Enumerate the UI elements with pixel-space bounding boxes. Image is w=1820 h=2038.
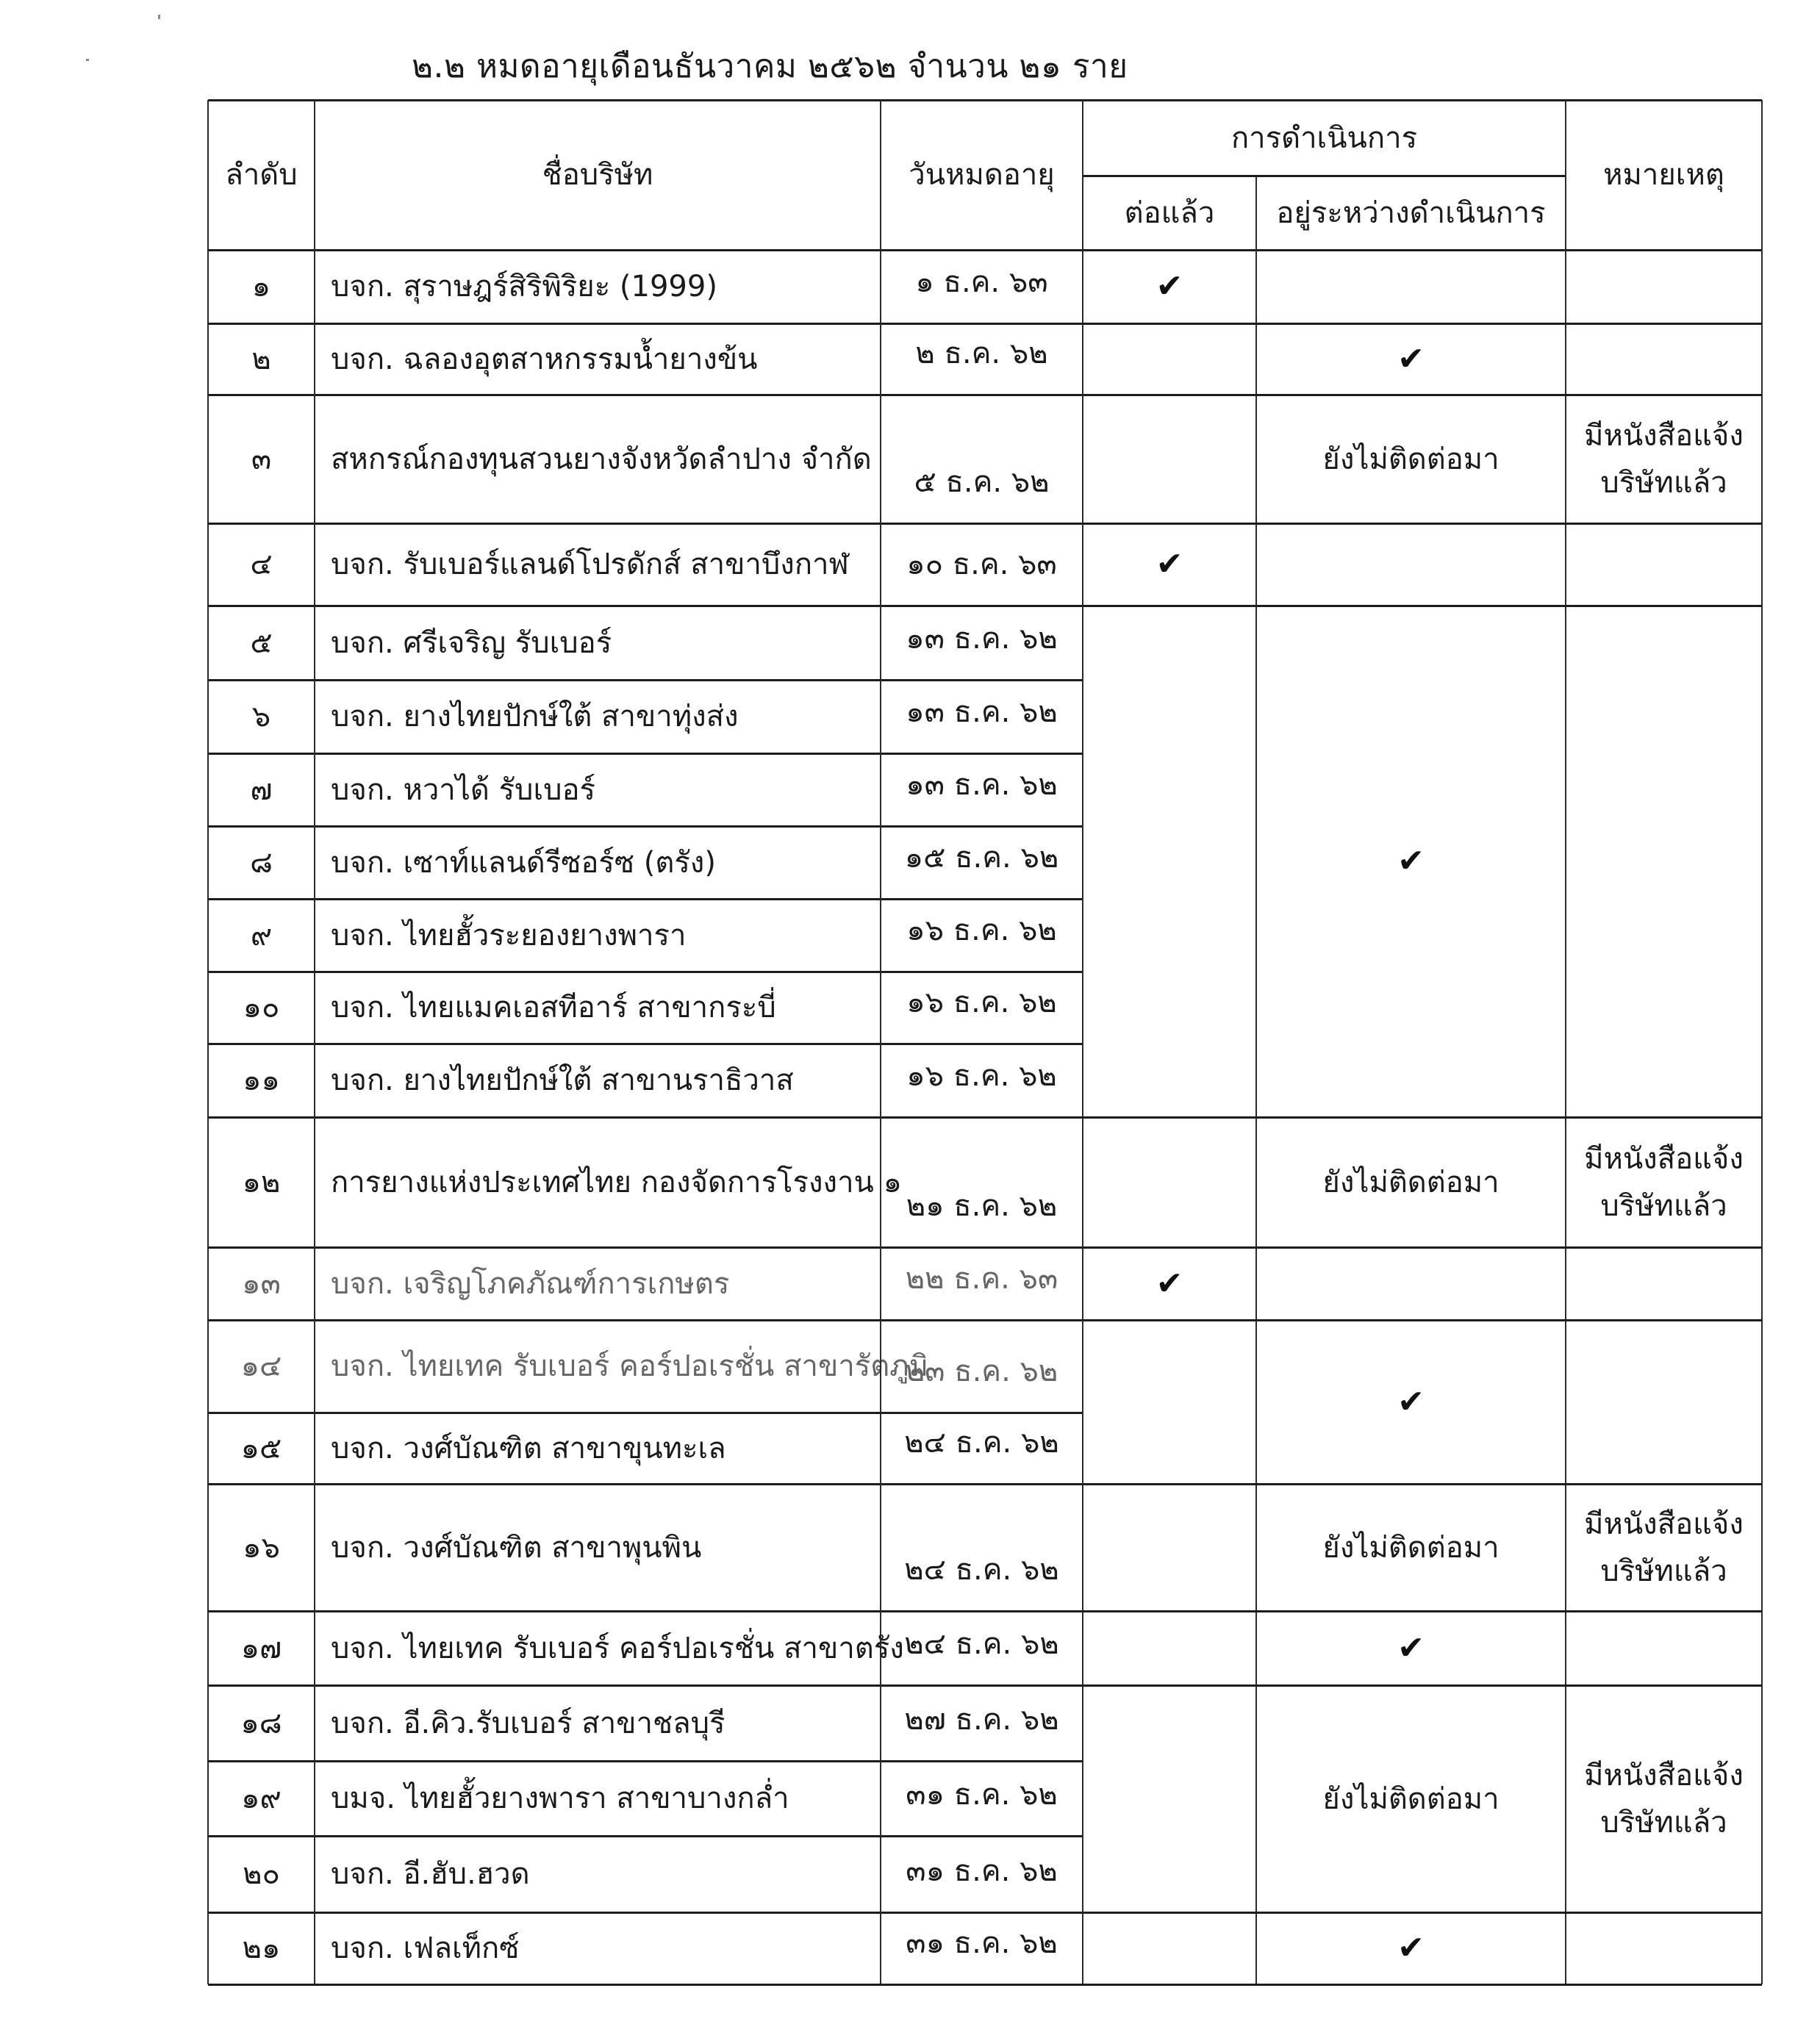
grid-line <box>208 249 1762 251</box>
row-number: ๑๔ <box>208 1320 315 1413</box>
company-name: บจก. เฟลเท็กซ์ <box>315 1912 881 1984</box>
grid-line <box>1083 1116 1762 1119</box>
row-number: ๑๕ <box>208 1413 315 1484</box>
expiry-date: ๓๑ ธ.ค. ๖๒ <box>881 1836 1083 1912</box>
checkmark-icon: ✔ <box>1256 1611 1566 1685</box>
grid-line <box>208 1483 1083 1485</box>
grid-line <box>1083 605 1762 607</box>
company-name: บจก. ไทยแมคเอสทีอาร์ สาขากระบี่ <box>315 972 881 1044</box>
grid-line <box>1083 523 1762 525</box>
grid-line <box>208 1610 1083 1612</box>
expiry-date: ๑ ธ.ค. ๖๓ <box>881 250 1083 323</box>
grid-line <box>208 323 1083 325</box>
grid-line <box>208 753 1083 755</box>
grid-line <box>208 1835 1083 1837</box>
remark-line-1: มีหนังสือแจ้ง <box>1584 1501 1744 1548</box>
expiry-date: ๕ ธ.ค. ๖๒ <box>881 395 1083 523</box>
remark-line-2: บริษัทแล้ว <box>1600 1799 1727 1846</box>
company-name: บจก. รับเบอร์แลนด์โปรดักส์ สาขาบึงกาฬ <box>315 523 881 606</box>
expiry-date: ๓๑ ธ.ค. ๖๒ <box>881 1912 1083 1984</box>
status-not-contacted: ยังไม่ติดต่อมา <box>1256 1484 1566 1611</box>
expiry-date: ๒๔ ธ.ค. ๖๒ <box>881 1484 1083 1611</box>
remark-line-1: มีหนังสือแจ้ง <box>1584 412 1744 459</box>
row-number: ๑๐ <box>208 972 315 1044</box>
expiry-date: ๒๒ ธ.ค. ๖๓ <box>881 1247 1083 1320</box>
grid-line <box>1761 100 1763 250</box>
grid-line <box>208 99 1762 101</box>
grid-line <box>1565 100 1566 250</box>
grid-line <box>208 1912 1083 1914</box>
expiry-date: ๒๔ ธ.ค. ๖๒ <box>881 1611 1083 1685</box>
expiry-date: ๓๑ ธ.ค. ๖๒ <box>881 1761 1083 1836</box>
expiry-table: ลำดับ ชื่อบริษัท วันหมดอายุ การดำเนินการ… <box>208 100 1762 1984</box>
expiry-date: ๑๖ ธ.ค. ๖๒ <box>881 899 1083 972</box>
header-in-progress: อยู่ระหว่างดำเนินการ <box>1256 176 1566 250</box>
row-number: ๙ <box>208 899 315 972</box>
checkmark-icon: ✔ <box>1083 250 1256 323</box>
row-number: ๗ <box>208 753 315 826</box>
grid-line <box>208 1116 1083 1119</box>
expiry-date: ๒๔ ธ.ค. ๖๒ <box>881 1413 1083 1484</box>
grid-line <box>1083 1984 1762 1986</box>
header-remark: หมายเหตุ <box>1566 100 1762 250</box>
remark-line-2: บริษัทแล้ว <box>1600 1183 1727 1230</box>
grid-line <box>1083 175 1566 177</box>
company-name: บจก. ไทยเทค รับเบอร์ คอร์ปอเรชั่น สาขาตร… <box>315 1611 881 1685</box>
scan-speck <box>158 15 160 19</box>
grid-line <box>1083 1319 1762 1321</box>
grid-line <box>1083 394 1762 396</box>
company-name: บจก. อี.ฮับ.ฮวด <box>315 1836 881 1912</box>
row-number: ๑๑ <box>208 1044 315 1117</box>
remark-line-1: มีหนังสือแจ้ง <box>1584 1135 1744 1183</box>
grid-line <box>208 825 1083 828</box>
company-name: บจก. ยางไทยปักษ์ใต้ สาขานราธิวาส <box>315 1044 881 1117</box>
checkmark-icon: ✔ <box>1256 323 1566 395</box>
remark-notified: มีหนังสือแจ้งบริษัทแล้ว <box>1566 395 1762 523</box>
row-number: ๑๙ <box>208 1761 315 1836</box>
company-name: บจก. ยางไทยปักษ์ใต้ สาขาทุ่งส่ง <box>315 680 881 753</box>
grid-line <box>880 250 881 1984</box>
expiry-date: ๒๓ ธ.ค. ๖๒ <box>881 1320 1083 1413</box>
remark-line-2: บริษัทแล้ว <box>1600 1548 1727 1595</box>
expiry-date: ๒๑ ธ.ค. ๖๒ <box>881 1117 1083 1247</box>
grid-line <box>208 679 1083 681</box>
grid-line <box>208 1043 1083 1045</box>
checkmark-icon: ✔ <box>1083 523 1256 606</box>
grid-line <box>208 1984 1083 1986</box>
grid-line <box>208 1760 1083 1762</box>
row-number: ๓ <box>208 395 315 523</box>
company-name: บจก. หวาได้ รับเบอร์ <box>315 753 881 826</box>
company-name: บจก. ฉลองอุตสาหกรรมน้ำยางข้น <box>315 323 881 395</box>
company-name: สหกรณ์กองทุนสวนยางจังหวัดลำปาง จำกัด <box>315 395 881 523</box>
grid-line <box>1083 1912 1762 1914</box>
scan-speck <box>86 59 89 61</box>
row-number: ๒ <box>208 323 315 395</box>
expiry-date: ๑๓ ธ.ค. ๖๒ <box>881 606 1083 680</box>
status-not-contacted: ยังไม่ติดต่อมา <box>1256 395 1566 523</box>
checkmark-icon: ✔ <box>1256 1320 1566 1484</box>
checkmark-icon: ✔ <box>1256 606 1566 1117</box>
expiry-date: ๒๗ ธ.ค. ๖๒ <box>881 1685 1083 1761</box>
grid-line <box>208 1319 1083 1321</box>
grid-line <box>880 100 881 250</box>
grid-line <box>1255 176 1257 250</box>
row-number: ๖ <box>208 680 315 753</box>
grid-line <box>207 250 209 1984</box>
company-name: บจก. เจริญโภคภัณฑ์การเกษตร <box>315 1247 881 1320</box>
document-title: ๒.๒ หมดอายุเดือนธันวาคม ๒๕๖๒ จำนวน ๒๑ รา… <box>412 40 1128 92</box>
row-number: ๘ <box>208 826 315 899</box>
remark-notified: มีหนังสือแจ้งบริษัทแล้ว <box>1566 1685 1762 1912</box>
expiry-date: ๑๖ ธ.ค. ๖๒ <box>881 1044 1083 1117</box>
grid-line <box>208 1246 1083 1249</box>
row-number: ๑๖ <box>208 1484 315 1611</box>
remark-notified: มีหนังสือแจ้งบริษัทแล้ว <box>1566 1117 1762 1247</box>
company-name: บจก. อี.คิว.รับเบอร์ สาขาชลบุรี <box>315 1685 881 1761</box>
company-name: บจก. เซาท์แลนด์รีซอร์ซ (ตรัง) <box>315 826 881 899</box>
grid-line <box>1083 1684 1762 1687</box>
grid-line <box>1083 323 1762 325</box>
remark-notified: มีหนังสือแจ้งบริษัทแล้ว <box>1566 1484 1762 1611</box>
company-name: บมจ. ไทยฮั้วยางพารา สาขาบางกล่ำ <box>315 1761 881 1836</box>
header-renewed: ต่อแล้ว <box>1083 176 1256 250</box>
checkmark-icon: ✔ <box>1083 1247 1256 1320</box>
grid-line <box>1083 1246 1762 1249</box>
grid-line <box>208 394 1083 396</box>
row-number: ๒๑ <box>208 1912 315 1984</box>
grid-line <box>208 971 1083 973</box>
company-name: บจก. วงศ์บัณฑิต สาขาขุนทะเล <box>315 1413 881 1484</box>
header-expiry: วันหมดอายุ <box>881 100 1083 250</box>
company-name: บจก. ศรีเจริญ รับเบอร์ <box>315 606 881 680</box>
grid-line <box>1082 100 1083 250</box>
grid-line <box>1083 1483 1762 1485</box>
grid-line <box>207 100 209 250</box>
company-name: บจก. สุราษฎร์สิริพิริยะ (1999) <box>315 250 881 323</box>
status-not-contacted: ยังไม่ติดต่อมา <box>1256 1685 1566 1912</box>
row-number: ๑ <box>208 250 315 323</box>
row-number: ๒๐ <box>208 1836 315 1912</box>
grid-line <box>314 100 315 250</box>
grid-line <box>1083 1610 1762 1612</box>
row-number: ๔ <box>208 523 315 606</box>
remark-line-2: บริษัทแล้ว <box>1600 459 1727 506</box>
grid-line <box>208 1684 1083 1687</box>
header-company: ชื่อบริษัท <box>315 100 881 250</box>
expiry-date: ๑๕ ธ.ค. ๖๒ <box>881 826 1083 899</box>
row-number: ๕ <box>208 606 315 680</box>
row-number: ๑๘ <box>208 1685 315 1761</box>
header-no: ลำดับ <box>208 100 315 250</box>
grid-line <box>208 898 1083 900</box>
grid-line <box>208 523 1083 525</box>
company-name: บจก. ไทยฮั้วระยองยางพารา <box>315 899 881 972</box>
company-name: การยางแห่งประเทศไทย กองจัดการโรงงาน ๑ <box>315 1117 881 1247</box>
expiry-date: ๑๓ ธ.ค. ๖๒ <box>881 680 1083 753</box>
remark-line-1: มีหนังสือแจ้ง <box>1584 1752 1744 1799</box>
company-name: บจก. ไทยเทค รับเบอร์ คอร์ปอเรชั่น สาขารั… <box>315 1320 881 1413</box>
status-not-contacted: ยังไม่ติดต่อมา <box>1256 1117 1566 1247</box>
row-number: ๑๗ <box>208 1611 315 1685</box>
expiry-date: ๑๐ ธ.ค. ๖๓ <box>881 523 1083 606</box>
grid-line <box>208 605 1083 607</box>
checkmark-icon: ✔ <box>1256 1912 1566 1984</box>
expiry-date: ๑๖ ธ.ค. ๖๒ <box>881 972 1083 1044</box>
grid-line <box>314 250 315 1984</box>
company-name: บจก. วงศ์บัณฑิต สาขาพุนพิน <box>315 1484 881 1611</box>
expiry-date: ๒ ธ.ค. ๖๒ <box>881 323 1083 395</box>
row-number: ๑๒ <box>208 1117 315 1247</box>
header-action-group: การดำเนินการ <box>1083 100 1566 176</box>
grid-line <box>208 1412 1083 1414</box>
expiry-date: ๑๓ ธ.ค. ๖๒ <box>881 753 1083 826</box>
row-number: ๑๓ <box>208 1247 315 1320</box>
